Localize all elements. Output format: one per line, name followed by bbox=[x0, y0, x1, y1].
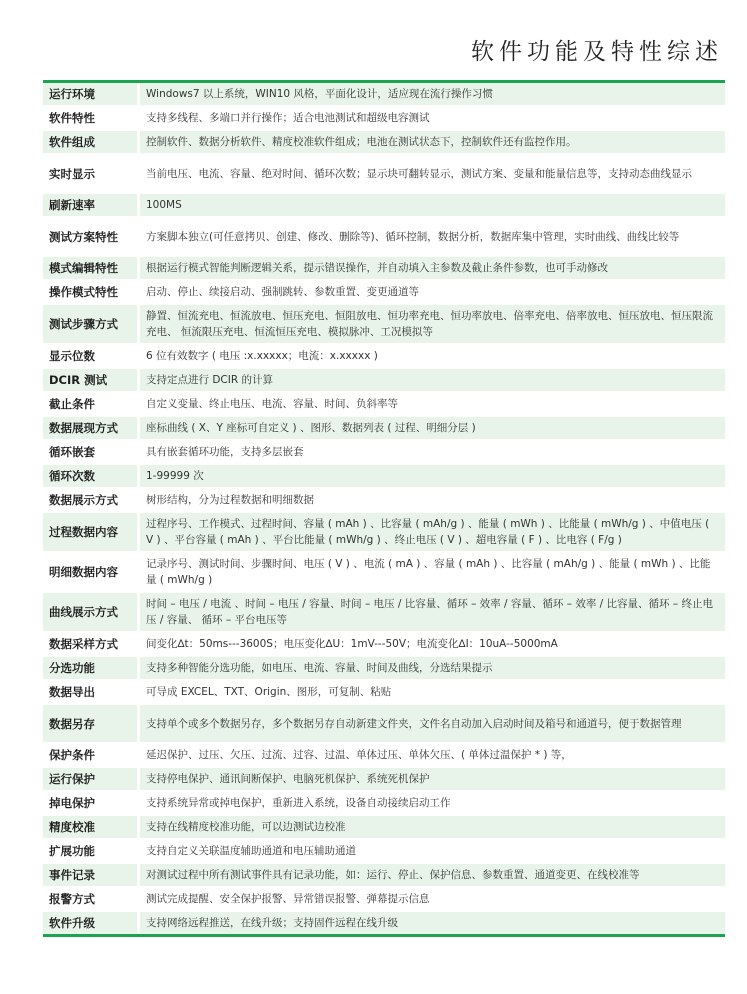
row-label: 操作模式特性 bbox=[43, 281, 140, 303]
row-value: 支持多线程、多端口并行操作；适合电池测试和超级电容测试 bbox=[140, 107, 725, 129]
row-label: 数据展示方式 bbox=[43, 489, 140, 511]
table-row: 显示位数 6 位有效数字 ( 电压 :x.xxxxx；电流：x.xxxxx ) bbox=[43, 345, 725, 369]
table-row: 运行环境 Windows7 以上系统，WIN10 风格，平面化设计，适应现在流行… bbox=[43, 83, 725, 107]
row-value: 根据运行模式智能判断逻辑关系，提示错误操作，并自动填入主参数及截止条件参数，也可… bbox=[140, 257, 725, 279]
table-row: 测试步骤方式 静置、恒流充电、恒流放电、恒压充电、恒阻放电、恒功率充电、恒功率放… bbox=[43, 305, 725, 345]
row-label: 模式编辑特性 bbox=[43, 257, 140, 279]
row-value: 6 位有效数字 ( 电压 :x.xxxxx；电流：x.xxxxx ) bbox=[140, 345, 725, 367]
row-label: 数据另存 bbox=[43, 705, 140, 742]
table-row: 运行保护 支持停电保护、通讯间断保护、电脑死机保护、系统死机保护 bbox=[43, 768, 725, 792]
row-value: 可导成 EXCEL、TXT、Origin、图形，可复制、粘贴 bbox=[140, 681, 725, 703]
row-label: 过程数据内容 bbox=[43, 513, 140, 551]
row-value: 延迟保护、过压、欠压、过流、过容、过温、单体过压、单体欠压、( 单体过温保护 *… bbox=[140, 744, 725, 766]
row-label: 运行环境 bbox=[43, 83, 140, 105]
table-row: 数据采样方式 间变化∆t：50ms---3600S；电压变化∆U：1mV---5… bbox=[43, 633, 725, 657]
table-row: 报警方式 测试完成提醒、安全保护报警、异常错误报警、弹幕提示信息 bbox=[43, 888, 725, 912]
row-label: 保护条件 bbox=[43, 744, 140, 766]
row-value: 时间 – 电压 / 电流 、时间 – 电压 / 容量、时间 – 电压 / 比容量… bbox=[140, 593, 725, 631]
row-label: 循环次数 bbox=[43, 465, 140, 487]
table-row: 刷新速率 100MS bbox=[43, 194, 725, 218]
row-label: 测试步骤方式 bbox=[43, 305, 140, 343]
row-value: 启动、停止、续接启动、强制跳转、参数重置、变更通道等 bbox=[140, 281, 725, 303]
row-label: 数据导出 bbox=[43, 681, 140, 703]
table-row: 数据展现方式 座标曲线 ( X、Y 座标可自定义 ) 、图形、数据列表 ( 过程… bbox=[43, 417, 725, 441]
row-label: 曲线展示方式 bbox=[43, 593, 140, 631]
row-value: 自定义变量、终止电压、电流、容量、时间、负斜率等 bbox=[140, 393, 725, 415]
row-value: 对测试过程中所有测试事件具有记录功能，如：运行、停止、保护信息、参数重置、通道变… bbox=[140, 864, 725, 886]
table-row: 实时显示 当前电压、电流、容量、绝对时间、循环次数；显示块可翻转显示，测试方案、… bbox=[43, 155, 725, 194]
table-row: 循环嵌套 具有嵌套循环功能，支持多层嵌套 bbox=[43, 441, 725, 465]
row-label: 实时显示 bbox=[43, 155, 140, 192]
table-row: DCIR 测试 支持定点进行 DCIR 的计算 bbox=[43, 369, 725, 393]
spec-table: 运行环境 Windows7 以上系统，WIN10 风格，平面化设计，适应现在流行… bbox=[43, 80, 725, 937]
table-row: 软件升级 支持网络远程推送，在线升级；支持固件远程在线升级 bbox=[43, 912, 725, 934]
row-value: 具有嵌套循环功能，支持多层嵌套 bbox=[140, 441, 725, 463]
row-value: 间变化∆t：50ms---3600S；电压变化∆U：1mV---50V；电流变化… bbox=[140, 633, 725, 655]
row-value: 记录序号、测试时间、步骤时间、电压 ( V ) 、电流 ( mA ) 、容量 (… bbox=[140, 553, 725, 591]
table-row: 分选功能 支持多种智能分选功能，如电压、电流、容量、时间及曲线，分选结果提示 bbox=[43, 657, 725, 681]
row-label: 明细数据内容 bbox=[43, 553, 140, 591]
row-label: 报警方式 bbox=[43, 888, 140, 910]
table-row: 数据另存 支持单个或多个数据另存，多个数据另存自动新建文件夹，文件名自动加入启动… bbox=[43, 705, 725, 744]
row-label: 软件升级 bbox=[43, 912, 140, 934]
row-label: 掉电保护 bbox=[43, 792, 140, 814]
table-row: 明细数据内容 记录序号、测试时间、步骤时间、电压 ( V ) 、电流 ( mA … bbox=[43, 553, 725, 593]
row-label: 精度校准 bbox=[43, 816, 140, 838]
row-value: 支持单个或多个数据另存，多个数据另存自动新建文件夹，文件名自动加入启动时间及箱号… bbox=[140, 705, 725, 742]
row-value: 过程序号、工作模式、过程时间、容量 ( mAh ) 、比容量 ( mAh/g )… bbox=[140, 513, 725, 551]
row-value: 当前电压、电流、容量、绝对时间、循环次数；显示块可翻转显示，测试方案、变量和能量… bbox=[140, 155, 725, 192]
table-row: 软件特性 支持多线程、多端口并行操作；适合电池测试和超级电容测试 bbox=[43, 107, 725, 131]
row-value: Windows7 以上系统，WIN10 风格，平面化设计，适应现在流行操作习惯 bbox=[140, 83, 725, 105]
table-row: 截止条件 自定义变量、终止电压、电流、容量、时间、负斜率等 bbox=[43, 393, 725, 417]
row-label: 软件特性 bbox=[43, 107, 140, 129]
table-row: 测试方案特性 方案脚本独立(可任意拷贝、创建、修改、删除等)、循环控制，数据分析… bbox=[43, 218, 725, 257]
table-row: 事件记录 对测试过程中所有测试事件具有记录功能，如：运行、停止、保护信息、参数重… bbox=[43, 864, 725, 888]
row-value: 支持自定义关联温度辅助通道和电压辅助通道 bbox=[140, 840, 725, 862]
table-row: 过程数据内容 过程序号、工作模式、过程时间、容量 ( mAh ) 、比容量 ( … bbox=[43, 513, 725, 553]
row-value: 测试完成提醒、安全保护报警、异常错误报警、弹幕提示信息 bbox=[140, 888, 725, 910]
table-row: 软件组成 控制软件、数据分析软件、精度校准软件组成；电池在测试状态下，控制软件还… bbox=[43, 131, 725, 155]
table-row: 模式编辑特性 根据运行模式智能判断逻辑关系，提示错误操作，并自动填入主参数及截止… bbox=[43, 257, 725, 281]
row-value: 支持定点进行 DCIR 的计算 bbox=[140, 369, 725, 391]
row-label: DCIR 测试 bbox=[43, 369, 140, 391]
row-value: 支持系统异常或掉电保护，重新进入系统，设备自动接续启动工作 bbox=[140, 792, 725, 814]
row-label: 数据展现方式 bbox=[43, 417, 140, 439]
row-value: 支持多种智能分选功能，如电压、电流、容量、时间及曲线，分选结果提示 bbox=[140, 657, 725, 679]
table-row: 保护条件 延迟保护、过压、欠压、过流、过容、过温、单体过压、单体欠压、( 单体过… bbox=[43, 744, 725, 768]
table-row: 数据导出 可导成 EXCEL、TXT、Origin、图形，可复制、粘贴 bbox=[43, 681, 725, 705]
row-value: 座标曲线 ( X、Y 座标可自定义 ) 、图形、数据列表 ( 过程、明细分层 ) bbox=[140, 417, 725, 439]
table-row: 掉电保护 支持系统异常或掉电保护，重新进入系统，设备自动接续启动工作 bbox=[43, 792, 725, 816]
row-label: 扩展功能 bbox=[43, 840, 140, 862]
page-title: 软件功能及特性综述 bbox=[471, 33, 723, 66]
table-row: 扩展功能 支持自定义关联温度辅助通道和电压辅助通道 bbox=[43, 840, 725, 864]
row-label: 事件记录 bbox=[43, 864, 140, 886]
row-label: 运行保护 bbox=[43, 768, 140, 790]
row-value: 支持网络远程推送，在线升级；支持固件远程在线升级 bbox=[140, 912, 725, 934]
row-label: 数据采样方式 bbox=[43, 633, 140, 655]
row-value: 100MS bbox=[140, 194, 725, 216]
row-value: 树形结构，分为过程数据和明细数据 bbox=[140, 489, 725, 511]
row-value: 支持停电保护、通讯间断保护、电脑死机保护、系统死机保护 bbox=[140, 768, 725, 790]
row-label: 测试方案特性 bbox=[43, 218, 140, 255]
row-label: 循环嵌套 bbox=[43, 441, 140, 463]
table-row: 精度校准 支持在线精度校准功能，可以边测试边校准 bbox=[43, 816, 725, 840]
row-value: 控制软件、数据分析软件、精度校准软件组成；电池在测试状态下，控制软件还有监控作用… bbox=[140, 131, 725, 153]
row-label: 截止条件 bbox=[43, 393, 140, 415]
row-label: 软件组成 bbox=[43, 131, 140, 153]
table-row: 数据展示方式 树形结构，分为过程数据和明细数据 bbox=[43, 489, 725, 513]
table-row: 曲线展示方式 时间 – 电压 / 电流 、时间 – 电压 / 容量、时间 – 电… bbox=[43, 593, 725, 633]
row-label: 刷新速率 bbox=[43, 194, 140, 216]
table-row: 操作模式特性 启动、停止、续接启动、强制跳转、参数重置、变更通道等 bbox=[43, 281, 725, 305]
row-value: 支持在线精度校准功能，可以边测试边校准 bbox=[140, 816, 725, 838]
row-value: 方案脚本独立(可任意拷贝、创建、修改、删除等)、循环控制，数据分析，数据库集中管… bbox=[140, 218, 725, 255]
row-value: 1-99999 次 bbox=[140, 465, 725, 487]
row-label: 分选功能 bbox=[43, 657, 140, 679]
row-label: 显示位数 bbox=[43, 345, 140, 367]
table-row: 循环次数 1-99999 次 bbox=[43, 465, 725, 489]
row-value: 静置、恒流充电、恒流放电、恒压充电、恒阻放电、恒功率充电、恒功率放电、倍率充电、… bbox=[140, 305, 725, 343]
